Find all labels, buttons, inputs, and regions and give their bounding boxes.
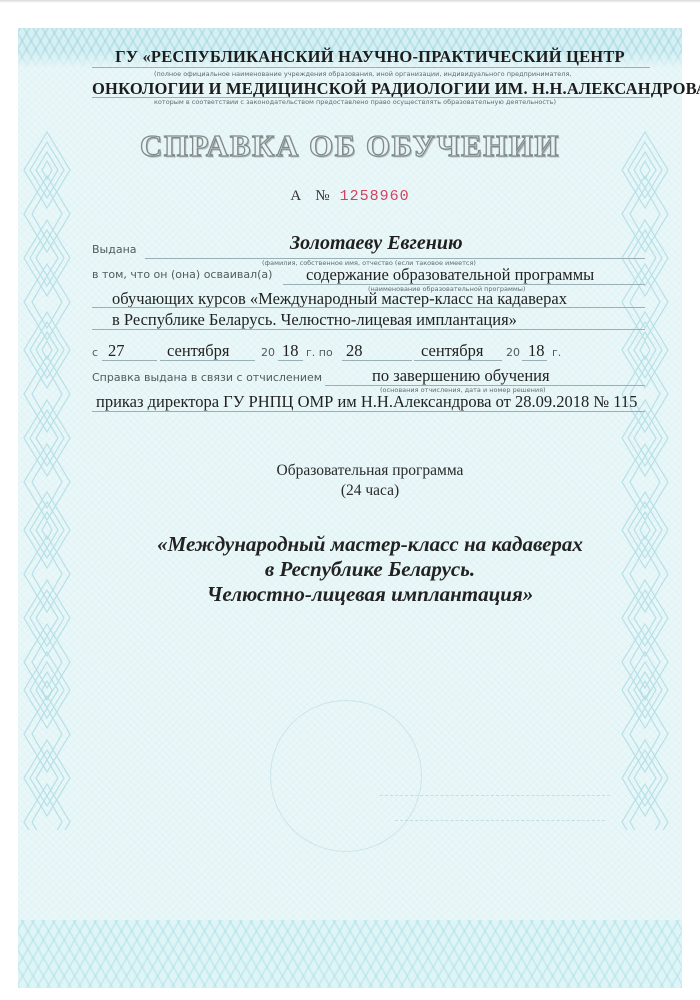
organization-caption2: которым в соответствии с законодательств… [154,98,556,106]
guilloche-bottom-border [18,920,682,988]
program-name-line1: «Международный мастер-класс на кадаверах [0,532,700,557]
dismissal-order: приказ директора ГУ РНПЦ ОМР им Н.Н.Алек… [96,392,637,412]
program-value-line1: содержание образовательной программы [306,265,594,285]
period-to-label: г. по [306,346,333,359]
faint-watermark-line [395,820,605,821]
program-hours: (24 часа) [0,482,700,500]
faint-watermark-line [380,795,610,796]
document-title: СПРАВКА ОБ ОБУЧЕНИИ [0,128,700,164]
scan-edge [0,0,700,3]
serial-number: 1258960 [340,188,410,205]
serial-number-row: А№1258960 [0,188,700,205]
underline [92,307,645,308]
program-heading: Образовательная программа [0,462,700,480]
period-from-label: с [92,346,98,359]
underline [92,329,645,330]
period-to-month: сентября [421,341,484,361]
recipient-name: Золотаеву Евгению [290,232,463,255]
program-value-line3: в Республике Беларусь. Челюстно-лицевая … [112,310,517,330]
diamond-ornament-right-icon [620,130,670,830]
faint-seal-watermark [270,700,422,852]
period-from-day: 27 [108,341,125,361]
organization-name-line1: ГУ «РЕСПУБЛИКАНСКИЙ НАУЧНО-ПРАКТИЧЕСКИЙ … [0,47,700,67]
period-from-year-suffix: 18 [282,341,299,361]
period-end-label: г. [552,346,561,359]
period-from-month: сентября [167,341,230,361]
period-to-year-suffix: 18 [528,341,545,361]
program-value-line2: обучающих курсов «Международный мастер-к… [112,289,567,309]
organization-caption1: (полное официальное наименование учрежде… [154,70,571,78]
underline [92,411,645,412]
dismissal-reason: по завершению обучения [372,366,550,386]
program-label: в том, что он (она) осваивал(а) [92,268,272,281]
program-name-line3: Челюстно-лицевая имплантация» [0,582,700,607]
period-from-year-prefix: 20 [261,346,275,359]
dismissal-label: Справка выдана в связи с отчислением [92,371,322,384]
diamond-ornament-left-icon [22,130,72,830]
issued-to-label: Выдана [92,243,137,256]
period-to-day: 28 [346,341,363,361]
serial-series: А [290,188,301,204]
organization-name-line2: ОНКОЛОГИИ И МЕДИЦИНСКОЙ РАДИОЛОГИИ ИМ. Н… [92,79,700,99]
number-sign: № [315,188,329,204]
period-to-year-prefix: 20 [506,346,520,359]
program-name-line2: в Республике Беларусь. [0,557,700,582]
underline [92,67,650,68]
